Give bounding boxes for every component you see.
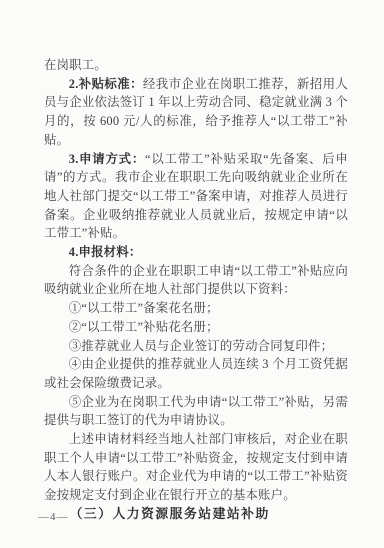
paragraph-text: 符合条件的企业在职职工申请“以工带工”补贴应向吸纳就业企业所在地人社部门提供以下… [44,264,348,297]
document-content: 在岗职工。 2.补贴标准：经我市企业在岗职工推荐，新招用人员与企业依法签订 1 … [44,56,348,524]
paragraph-label: 3.申请方式： [69,152,145,166]
document-page: 在岗职工。 2.补贴标准：经我市企业在岗职工推荐，新招用人员与企业依法签订 1 … [0,0,384,548]
document-paragraph: 2.补贴标准：经我市企业在岗职工推荐，新招用人员与企业依法签订 1 年以上劳动合… [44,75,348,150]
paragraph-text: ④由企业提供的推荐就业人员连续 3 个月工资凭据或社会保险缴费记录。 [44,357,348,390]
document-paragraph: 符合条件的企业在职职工申请“以工带工”补贴应向吸纳就业企业所在地人社部门提供以下… [44,262,348,299]
document-list-item: ③推荐就业人员与企业签订的劳动合同复印件； [44,337,348,356]
paragraph-label: 2.补贴标准： [69,77,143,91]
page-number: —4— [38,511,69,523]
document-list-item: ④由企业提供的推荐就业人员连续 3 个月工资凭据或社会保险缴费记录。 [44,355,348,392]
paragraph-text: 上述申请材料经当地人社部门审核后，对企业在职职工个人申请“以工带工”补贴资金，按… [44,432,348,502]
document-paragraph: 上述申请材料经当地人社部门审核后，对企业在职职工个人申请“以工带工”补贴资金，按… [44,430,348,505]
document-paragraph: 4.申报材料： [44,243,348,262]
document-paragraph: 3.申请方式：“以工带工”补贴采取“先备案、后申请”的方式。我市企业在职职工先向… [44,150,348,244]
document-list-item: ②“以工带工”补贴花名册； [44,318,348,337]
paragraph-text: ①“以工带工”备案花名册； [69,301,219,315]
paragraph-text: ③推荐就业人员与企业签订的劳动合同复印件； [69,339,333,353]
section-heading: （三）人力资源服务站建站补助 [44,505,348,524]
paragraph-text: ②“以工带工”补贴花名册； [69,320,219,334]
paragraph-text: 在岗职工。 [44,58,107,72]
paragraph-label: 4.申报材料： [69,245,142,259]
paragraph-text: ⑤企业为在岗职工代为申请“以工带工”补贴，另需提供与职工签订的代为申请协议。 [44,395,348,428]
document-list-item: ①“以工带工”备案花名册； [44,299,348,318]
document-paragraph: 在岗职工。 [44,56,348,75]
document-list-item: ⑤企业为在岗职工代为申请“以工带工”补贴，另需提供与职工签订的代为申请协议。 [44,393,348,430]
